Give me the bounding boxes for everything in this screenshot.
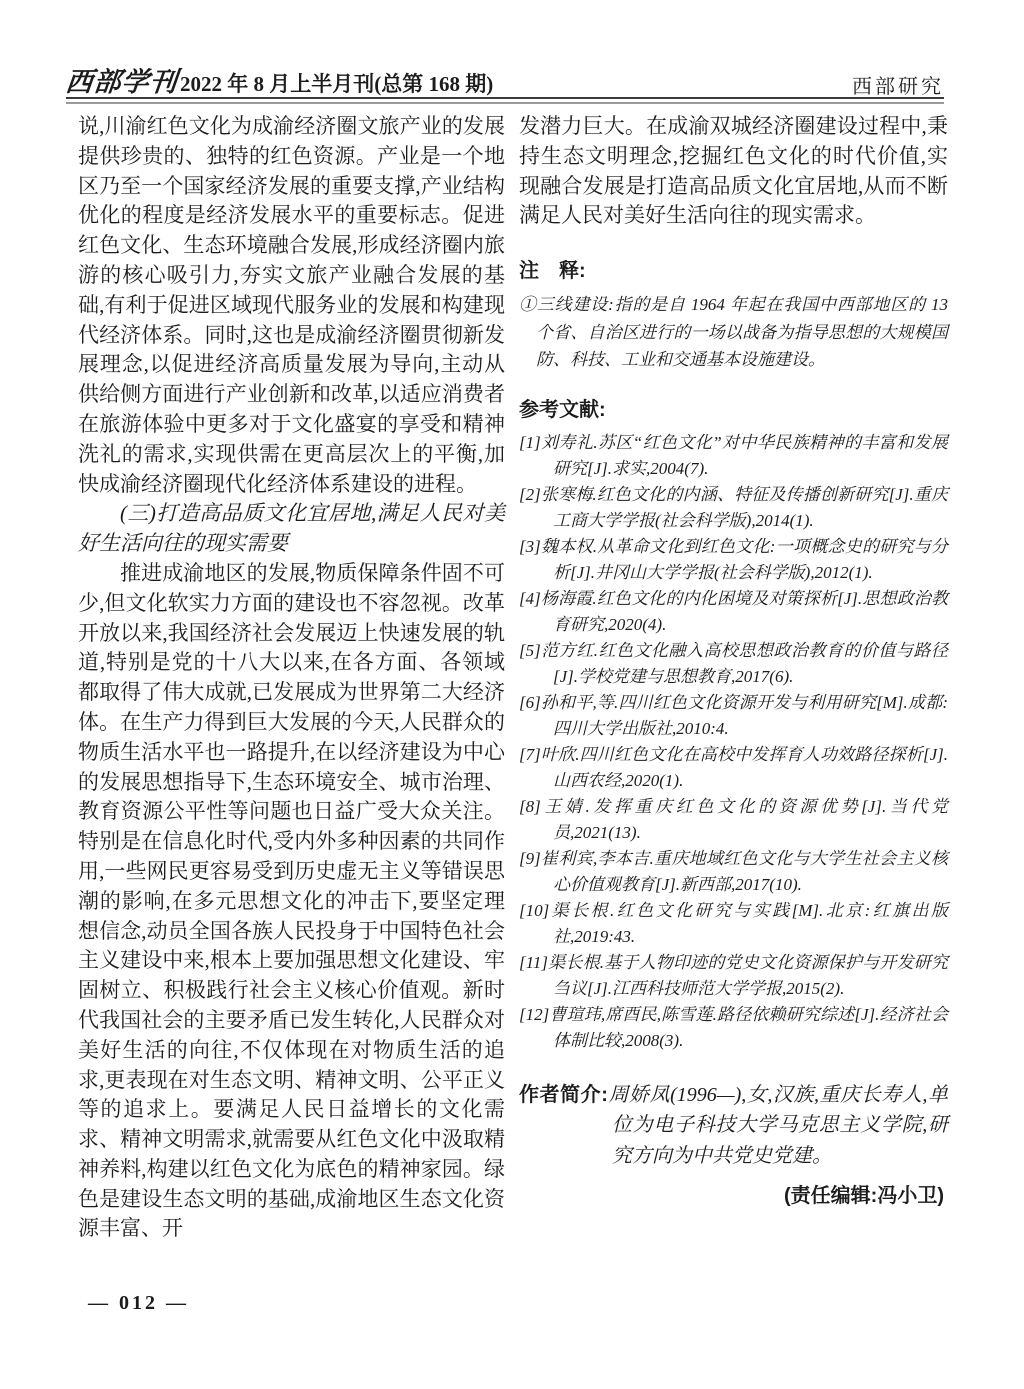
reference-item: [4]杨海霞.红色文化的内化困境及对策探析[J].思想政治教育研究,2020(4… [519, 586, 948, 638]
reference-item: [11]渠长根.基于人物印迹的党史文化资源保护与开发研究刍议[J].江西科技师范… [519, 950, 948, 1002]
reference-item: [8]王婧.发挥重庆红色文化的资源优势[J].当代党员,2021(13). [519, 794, 948, 846]
author-bio-text: 周娇凤(1996—),女,汉族,重庆长寿人,单位为电子科技大学马克思主义学院,研… [608, 1084, 948, 1167]
author-bio-label: 作者简介: [519, 1084, 608, 1106]
journal-logo: 西部学刊 [64, 60, 180, 99]
subsection-heading: (三)打造高品质文化宜居地,满足人民对美好生活向往的现实需要 [78, 499, 505, 559]
references-heading: 参考文献: [519, 397, 948, 423]
reference-item: [1]刘寿礼.苏区“红色文化”对中华民族精神的丰富和发展研究[J].求实,200… [519, 430, 948, 482]
reference-item: [12]曹瑄玮,席酉民,陈雪莲.路径依赖研究综述[J].经济社会体制比较,200… [519, 1002, 948, 1054]
paragraph-body: 推进成渝地区的发展,物质保障条件固不可少,但文化软实力方面的建设也不容忽视。改革… [78, 559, 505, 1244]
reference-item: [2]张寒梅.红色文化的内涵、特征及传播创新研究[J].重庆工商大学学报(社会科… [519, 482, 948, 534]
right-column: 发潜力巨大。在成渝双城经济圈建设过程中,秉持生态文明理念,挖掘红色文化的时代价值… [519, 112, 948, 1208]
reference-item: [10]渠长根.红色文化研究与实践[M].北京:红旗出版社,2019:43. [519, 898, 948, 950]
note-item: ①三线建设:指的是自 1964 年起在我国中西部地区的 13 个省、自治区进行的… [519, 291, 948, 374]
page-header: 西部学刊2022 年 8 月上半月刊(总第 168 期) 西部研究 [66, 60, 944, 99]
reference-item: [9]崔利宾,李本吉.重庆地域红色文化与大学生社会主义核心价值观教育[J].新西… [519, 846, 948, 898]
reference-item: [3]魏本权.从革命文化到红色文化:一项概念史的研究与分析[J].井冈山大学学报… [519, 534, 948, 586]
paragraph-continuation: 说,川渝红色文化为成渝经济圈文旅产业的发展提供珍贵的、独特的红色资源。产业是一个… [78, 112, 505, 499]
issue-info: 2022 年 8 月上半月刊(总第 168 期) [180, 68, 493, 98]
paragraph-continuation: 发潜力巨大。在成渝双城经济圈建设过程中,秉持生态文明理念,挖掘红色文化的时代价值… [519, 112, 948, 231]
author-bio: 作者简介:周娇凤(1996—),女,汉族,重庆长寿人,单位为电子科技大学马克思主… [519, 1080, 948, 1172]
notes-heading: 注 释: [519, 258, 948, 284]
header-left: 西部学刊2022 年 8 月上半月刊(总第 168 期) [66, 60, 493, 99]
journal-page: 西部学刊2022 年 8 月上半月刊(总第 168 期) 西部研究 说,川渝红色… [0, 0, 1024, 1389]
reference-item: [6]孙和平,等.四川红色文化资源开发与利用研究[M].成都:四川大学出版社,2… [519, 690, 948, 742]
page-number: — 012 — [88, 1292, 189, 1315]
reference-item: [5]范方红.红色文化融入高校思想政治教育的价值与路径[J].学校党建与思想教育… [519, 638, 948, 690]
left-column: 说,川渝红色文化为成渝经济圈文旅产业的发展提供珍贵的、独特的红色资源。产业是一个… [78, 112, 505, 1244]
editor-credit: (责任编辑:冯小卫) [519, 1179, 948, 1208]
header-double-rule [66, 97, 944, 104]
section-label: 西部研究 [852, 70, 944, 99]
reference-item: [7]叶欣.四川红色文化在高校中发挥育人功效路径探析[J].山西农经,2020(… [519, 742, 948, 794]
